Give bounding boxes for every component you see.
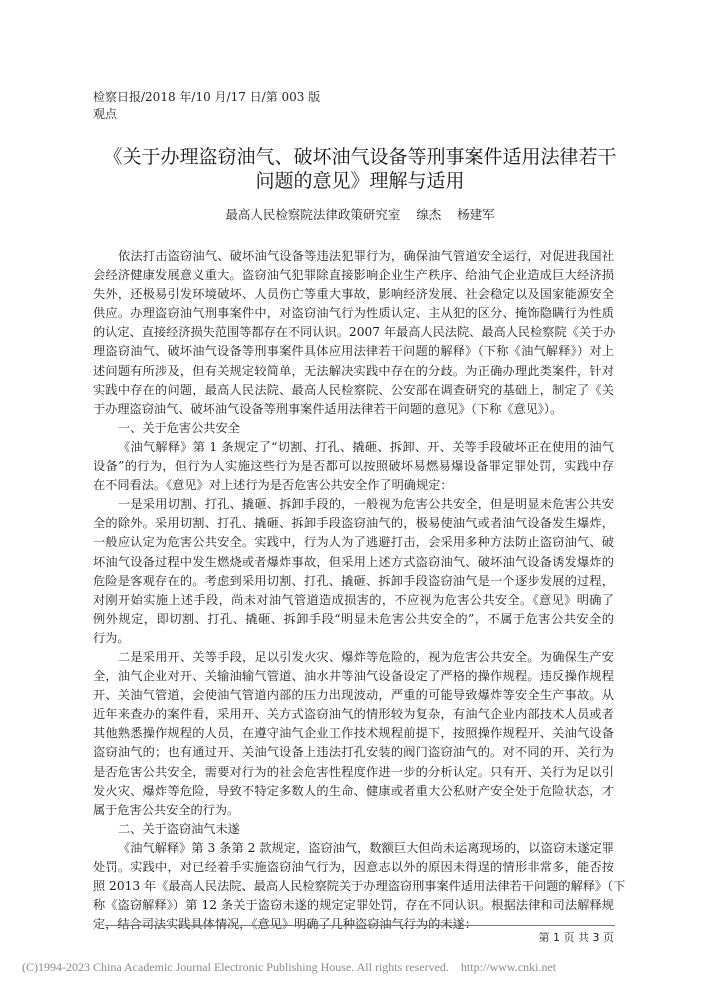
- body-line: 对刚开始实施上述手段，尚未对油气管道造成损害的，不应视为危害公共安全。《意见》明…: [93, 591, 614, 610]
- body-line: 例外规定，即切割、打孔、撬砸、拆卸手段“明显未危害公共安全的”，不属于危害公共安…: [93, 610, 614, 629]
- body-line: 一是采用切割、打孔、撬砸、拆卸手段的，一般视为危害公共安全，但是明显未危害公共安: [93, 495, 614, 514]
- body-line: 《油气解释》第 3 条第 2 款规定，盗窃油气，数额巨大但尚未运离现场的，以盗窃…: [93, 839, 614, 858]
- body-line: 一般应认定为危害公共安全。实践中，行为人为了逃避打击，会采用多种方法防止盗窃油气…: [93, 533, 614, 552]
- body-line: 是否危害公共安全，需要对行为的社会危害性程度作进一步的分析认定。只有开、关行为足…: [93, 763, 614, 782]
- byline: 最高人民检察院法律政策研究室 缐杰 杨建军: [80, 205, 640, 223]
- copyright-notice: (C)1994-2023 China Academic Journal Elec…: [22, 960, 556, 975]
- body-line: 属于危害公共安全的行为。: [93, 801, 614, 820]
- article-body: 依法打击盗窃油气、破坏油气设备等违法犯罪行为，确保油气管道安全运行，对促进我国社…: [93, 247, 614, 934]
- body-line: 行为。: [93, 629, 614, 648]
- body-line: 失外，还极易引发环境破坏、人员伤亡等重大事故，影响经济发展、社会稳定以及国家能源…: [93, 285, 614, 304]
- body-line: 的认定、直接经济损失范围等都存在不同认识。2007 年最高人民法院、最高人民检察…: [93, 323, 614, 342]
- body-line: 在不同看法。《意见》对上述行为是否危害公共安全作了明确规定：: [93, 476, 614, 495]
- body-line: 于办理盗窃油气、破坏油气设备等刑事案件适用法律若干问题的意见》（下称《意见》）。: [93, 400, 614, 419]
- body-line: 开、关油气管道，会使油气管道内部的压力出现波动，严重的可能导致爆炸等安全生产事故…: [93, 686, 614, 705]
- body-line: 供应。办理盗窃油气刑事案件中，对盗窃油气行为性质认定、主从犯的区分、掩饰隐瞒行为…: [93, 304, 614, 323]
- body-line: 依法打击盗窃油气、破坏油气设备等违法犯罪行为，确保油气管道安全运行，对促进我国社: [93, 247, 614, 266]
- body-line: 会经济健康发展意义重大。盗窃油气犯罪除直接影响企业生产秩序、给油气企业造成巨大经…: [93, 266, 614, 285]
- source-line: 检察日报/2018 年/10 月/17 日/第 003 版: [93, 89, 320, 106]
- body-line: 近年来查办的案件看，采用开、关方式盗窃油气的情形较为复杂，有油气企业内部技术人员…: [93, 705, 614, 724]
- document-page: 检察日报/2018 年/10 月/17 日/第 003 版 观点 《关于办理盗窃…: [0, 0, 706, 999]
- publication-info: 检察日报/2018 年/10 月/17 日/第 003 版 观点: [93, 89, 320, 123]
- body-line: 称《盗窃解释》）第 12 条关于盗窃未遂的规定定罪处罚，存在不同认识。根据法律和…: [93, 896, 614, 915]
- body-line: 二、关于盗窃油气未遂: [93, 820, 614, 839]
- page-indicator: 第 1 页 共 3 页: [500, 929, 614, 945]
- body-line: 照 2013 年《最高人民法院、最高人民检察院关于办理盗窃刑事案件适用法律若干问…: [93, 877, 614, 896]
- footer-divider: [105, 925, 615, 926]
- body-line: 实践中存在的问题，最高人民法院、最高人民检察院、公安部在调查研究的基础上，制定了…: [93, 381, 614, 400]
- body-line: 发火灾、爆炸等危险，导致不特定多数人的生命、健康或者重大公私财产安全处于危险状态…: [93, 782, 614, 801]
- body-line: 全，油气企业对开、关输油输气管道、油水井等油气设备设定了严格的操作规程。违反操作…: [93, 667, 614, 686]
- body-line: 一、关于危害公共安全: [93, 419, 614, 438]
- title-line-1: 《关于办理盗窃油气、破坏油气设备等刑事案件适用法律若干: [80, 145, 640, 169]
- body-line: 设备”的行为，但行为人实施这些行为是否都可以按照破坏易燃易爆设备罪定罪处罚，实践…: [93, 457, 614, 476]
- body-line: 其他熟悉操作规程的人员，在遵守油气企业工作技术规程前提下，按照操作规程开、关油气…: [93, 724, 614, 743]
- body-line: 处罚。实践中，对已经着手实施盗窃油气行为，因意志以外的原因未得逞的情形非常多，能…: [93, 858, 614, 877]
- body-line: 盗窃油气的；也有通过开、关油气设备上违法打孔安装的阀门盗窃油气的。对不同的开、关…: [93, 743, 614, 762]
- article-title: 《关于办理盗窃油气、破坏油气设备等刑事案件适用法律若干 问题的意见》理解与适用: [80, 145, 640, 193]
- body-line: 坏油气设备过程中发生燃烧或者爆炸事故，但采用上述方式盗窃油气、破坏油气设备诱发爆…: [93, 553, 614, 572]
- body-line: 全的除外。采用切割、打孔、撬砸、拆卸手段盗窃油气的，极易使油气或者油气设备发生爆…: [93, 514, 614, 533]
- body-line: 危险是客观存在的。考虑到采用切割、打孔、撬砸、拆卸手段盗窃油气是一个逐步发展的过…: [93, 572, 614, 591]
- body-line: 理盗窃油气、破坏油气设备等刑事案件具体应用法律若干问题的解释》（下称《油气解释》…: [93, 342, 614, 361]
- body-line: 述问题有所涉及，但有关规定较简单，无法解决实践中存在的分歧。为正确办理此类案件，…: [93, 362, 614, 381]
- title-line-2: 问题的意见》理解与适用: [80, 169, 640, 193]
- body-line: 二是采用开、关等手段，足以引发火灾、爆炸等危险的，视为危害公共安全。为确保生产安: [93, 648, 614, 667]
- body-line: 《油气解释》第 1 条规定了“切割、打孔、撬砸、拆卸、开、关等手段破坏正在使用的…: [93, 438, 614, 457]
- column-label: 观点: [93, 106, 320, 123]
